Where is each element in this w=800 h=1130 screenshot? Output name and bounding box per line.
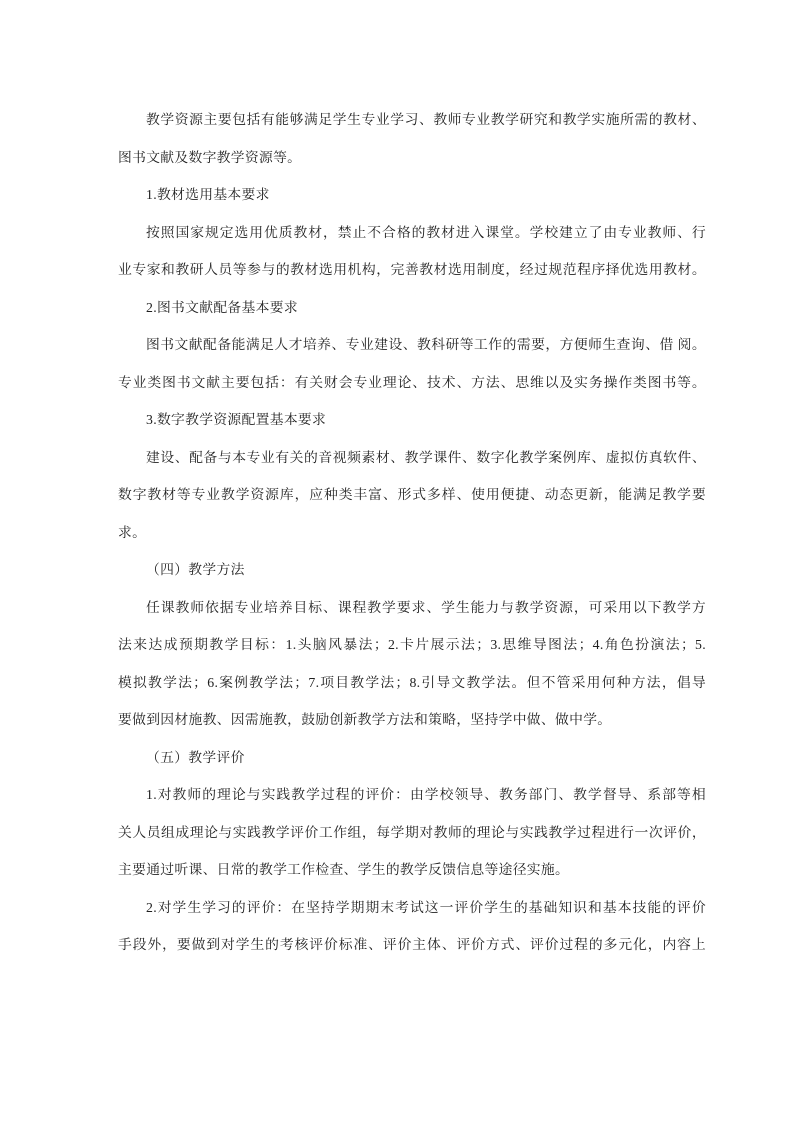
- text-line: 图书文献配备能满足人才培养、专业建设、教科研等工作的需要，方便师生查询、借 阅。: [118, 326, 706, 364]
- text-line: 求。: [118, 514, 706, 552]
- text-line: 主要通过听课、日常的教学工作检查、学生的教学反馈信息等途径实施。: [118, 851, 706, 889]
- text-line-heading: （五）教学评价: [118, 739, 706, 777]
- text-line: 专业类图书文献主要包括：有关财会专业理论、技术、方法、思维以及实务操作类图书等。: [118, 364, 706, 402]
- text-line: 数字教材等专业教学资源库，应种类丰富、形式多样、使用便捷、动态更新，能满足教学要: [118, 476, 706, 514]
- text-line: 任课教师依据专业培养目标、课程教学要求、学生能力与教学资源，可采用以下教学方: [118, 589, 706, 627]
- text-line-heading: 1.教材选用基本要求: [118, 176, 706, 214]
- text-line-heading: （四）教学方法: [118, 551, 706, 589]
- text-line: 业专家和教研人员等参与的教材选用机构，完善教材选用制度，经过规范程序择优选用教材…: [118, 251, 706, 289]
- text-line: 2.对学生学习的评价：在坚持学期期末考试这一评价学生的基础知识和基本技能的评价: [118, 889, 706, 927]
- document-page: 教学资源主要包括有能够满足学生专业学习、教师专业教学研究和教学实施所需的教材、 …: [0, 0, 800, 1130]
- text-line: 按照国家规定选用优质教材，禁止不合格的教材进入课堂。学校建立了由专业教师、行: [118, 214, 706, 252]
- text-line: 模拟教学法；6.案例教学法；7.项目教学法；8.引导文教学法。但不管采用何种方法…: [118, 664, 706, 702]
- text-line: 图书文献及数字教学资源等。: [118, 139, 706, 177]
- text-line-heading: 2.图书文献配备基本要求: [118, 289, 706, 327]
- text-line: 要做到因材施教、因需施教，鼓励创新教学方法和策略，坚持学中做、做中学。: [118, 701, 706, 739]
- text-line: 法来达成预期教学目标：1.头脑风暴法；2.卡片展示法；3.思维导图法；4.角色扮…: [118, 626, 706, 664]
- text-line: 教学资源主要包括有能够满足学生专业学习、教师专业教学研究和教学实施所需的教材、: [118, 101, 706, 139]
- text-line: 手段外，要做到对学生的考核评价标准、评价主体、评价方式、评价过程的多元化，内容上: [118, 926, 706, 964]
- text-line: 关人员组成理论与实践教学评价工作组，每学期对教师的理论与实践教学过程进行一次评价…: [118, 814, 706, 852]
- text-line: 建设、配备与本专业有关的音视频素材、教学课件、数字化教学案例库、虚拟仿真软件、: [118, 439, 706, 477]
- text-line-heading: 3.数字教学资源配置基本要求: [118, 401, 706, 439]
- text-line: 1.对教师的理论与实践教学过程的评价：由学校领导、教务部门、教学督导、系部等相: [118, 776, 706, 814]
